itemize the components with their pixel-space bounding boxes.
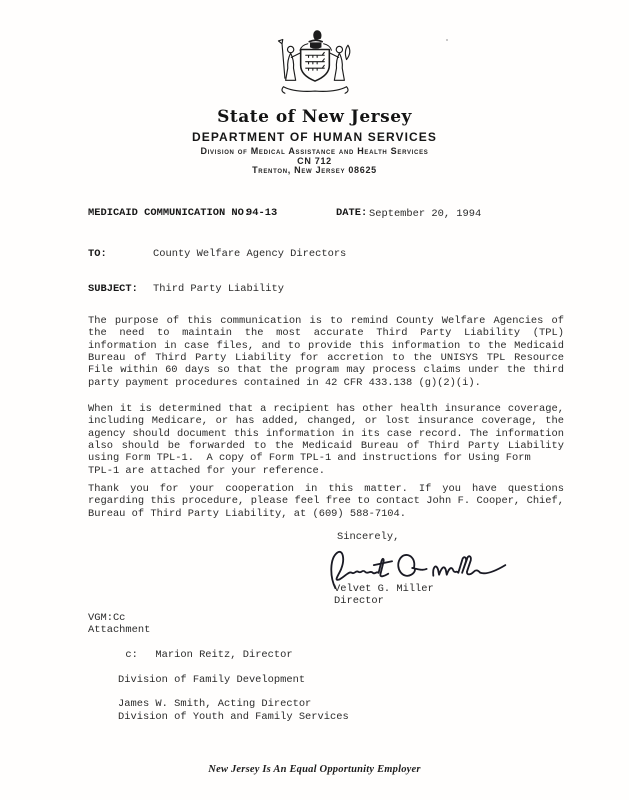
attachment-note: Attachment	[88, 624, 349, 636]
department-name: DEPARTMENT OF HUMAN SERVICES	[0, 130, 629, 144]
cc1-name: Marion Reitz, Director	[155, 649, 292, 661]
signer-identity: Velvet G. Miller Director	[334, 583, 434, 608]
state-title: State of New Jersey	[0, 107, 629, 127]
paragraph-line: using Form TPL-1. A copy of Form TPL-1 a…	[88, 452, 564, 464]
paragraph-line: the need to maintain the most accurate T…	[88, 327, 564, 339]
scanned-letter-page: State of New Jersey DEPARTMENT OF HUMAN …	[0, 0, 629, 800]
signer-name: Velvet G. Miller	[334, 583, 434, 595]
to-value: County Welfare Agency Directors	[153, 248, 346, 260]
communication-number-value: 94-13	[246, 207, 277, 219]
paragraph-line: When it is determined that a recipient h…	[88, 403, 564, 415]
cc-label: c:	[125, 649, 155, 661]
scan-artifact-dot	[446, 39, 448, 41]
paragraph-line: TPL-1 are attached for your reference.	[88, 465, 564, 477]
paragraph-line: regarding this procedure, please feel fr…	[88, 495, 564, 507]
date-value: September 20, 1994	[369, 208, 481, 220]
subject-value: Third Party Liability	[153, 283, 284, 295]
to-label: TO:	[88, 248, 107, 260]
paragraph-line: Thank you for your cooperation in this m…	[88, 483, 564, 495]
paragraph-line: also should be forwarded to the Medicaid…	[88, 440, 564, 452]
paragraph-line: File within 60 days so that the program …	[88, 364, 564, 376]
paragraph-line: The purpose of this communication is to …	[88, 315, 564, 327]
paragraph-1: The purpose of this communication is to …	[88, 315, 564, 389]
paragraph-line: party payment procedures contained in 42…	[88, 377, 564, 389]
paragraph-2: When it is determined that a recipient h…	[88, 403, 564, 477]
salutation: Sincerely,	[337, 531, 399, 543]
cc-block: VGM:Cc Attachment c:Marion Reitz, Direct…	[88, 612, 349, 723]
paragraph-line: information in case files, and to provid…	[88, 340, 564, 352]
communication-number-label: MEDICAID COMMUNICATION NO:	[88, 207, 250, 219]
cc2-org: Division of Youth and Family Services	[88, 711, 349, 723]
cc1-org: Division of Family Development	[88, 674, 349, 686]
letterhead: State of New Jersey DEPARTMENT OF HUMAN …	[0, 28, 629, 176]
paragraph-line: agency should document this information …	[88, 428, 564, 440]
signer-title: Director	[334, 595, 434, 607]
nj-state-seal-icon	[272, 28, 358, 104]
typist-initials: VGM:Cc	[88, 612, 349, 624]
equal-opportunity-tagline: New Jersey Is An Equal Opportunity Emplo…	[0, 764, 629, 775]
date-label: DATE:	[336, 207, 367, 219]
cc-entry-1: c:Marion Reitz, Director	[88, 637, 349, 674]
subject-label: SUBJECT:	[88, 283, 138, 295]
paragraph-3: Thank you for your cooperation in this m…	[88, 483, 564, 520]
address-line-2: Trenton, New Jersey 08625	[0, 166, 629, 176]
paragraph-line: Bureau of Third Party Liability, at (609…	[88, 508, 564, 520]
paragraph-line: Bureau of Third Party Liability for accr…	[88, 352, 564, 364]
cc2-name: James W. Smith, Acting Director	[88, 698, 349, 710]
paragraph-line: including Medicare, or has added, change…	[88, 415, 564, 427]
